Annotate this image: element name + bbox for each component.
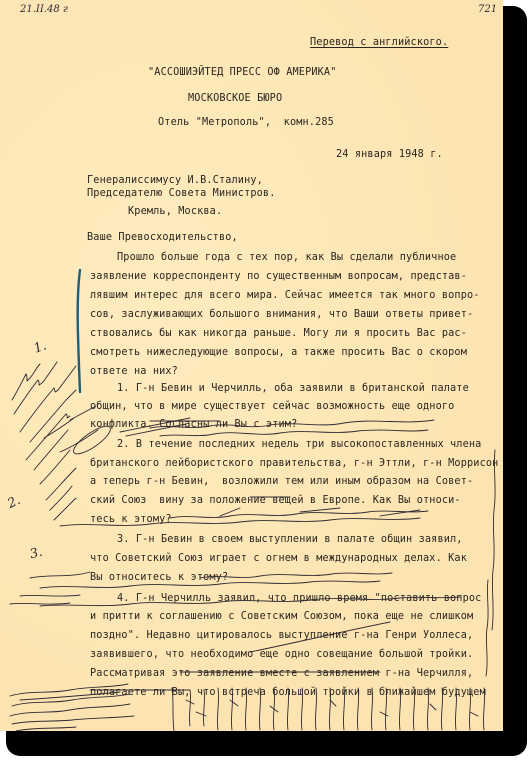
addressee-line-2: Председателю Совета Министров. (87, 189, 276, 199)
question-3-line: 3. Г-н Бевин в своем выступлении в палат… (117, 535, 463, 545)
intro-line: заявление корреспонденту по существенным… (90, 272, 467, 282)
address-line: Отель "Метрополь", комн.285 (158, 118, 334, 128)
intro-line: ответе на них? (90, 367, 178, 377)
margin-note-number: 3. (28, 545, 44, 563)
question-1-line: конфликта. Согласны ли Вы с этим? (90, 420, 297, 430)
blue-pencil-line (78, 270, 80, 392)
question-2-line: британского лейбористского правительства… (90, 459, 498, 469)
question-1-line: 1. Г-н Бевин и Черчилль, оба заявили в б… (117, 384, 469, 394)
intro-line: Прошло больше года с тех пор, как Вы сде… (117, 253, 456, 263)
margin-note-number: 1. (32, 338, 49, 356)
question-2-line: а теперь г-н Бевин, возложили тем или ин… (90, 477, 473, 487)
intro-line: ствовались бы как никогда раньше. Могу л… (90, 329, 467, 339)
question-3-line: что Советский Союз играет с огнем в межд… (90, 554, 467, 564)
question-4-line: Рассматривая это заявление вместе с заяв… (90, 669, 473, 679)
question-4-line: полагаете ли Вы, что встреча большой тро… (90, 688, 486, 698)
letter-date: 24 января 1948 г. (336, 150, 443, 160)
intro-line: лявшим интерес для всего мира. Сейчас им… (90, 291, 480, 301)
question-2-line: ский Союз вину за положение вещей в Евро… (90, 496, 461, 506)
intro-line: сов, заслуживающих большого внимания, чт… (90, 310, 473, 320)
salutation: Ваше Превосходительство, (87, 233, 238, 243)
question-2-line: 2. В течение последних недель три высоко… (117, 440, 481, 450)
translation-note: Перевод с английского. (310, 38, 448, 48)
handwritten-date: 21.II.48 г (20, 4, 68, 15)
intro-line: смотреть нижеследующие вопросы, а также … (90, 348, 467, 358)
question-3-line: Вы относитесь к этому? (90, 573, 228, 583)
page-number: 721 (478, 4, 497, 15)
question-4-line: поздно". Недавно цитировалось выступлени… (90, 631, 473, 641)
question-2-line: тесь к этому? (90, 515, 172, 525)
addressee-line-3: Кремль, Москва. (128, 207, 222, 217)
addressee-line-1: Генералиссимусу И.В.Сталину, (87, 176, 263, 186)
question-1-line: общин, что в мире существует сейчас возм… (90, 402, 454, 412)
bureau-name: МОСКОВСКОЕ БЮРО (188, 94, 282, 104)
question-4-line: заявившего, что необходимо еще одно сове… (90, 650, 473, 660)
margin-note-number: 2. (5, 493, 23, 512)
question-4-line: 4. Г-н Черчилль заявил, что пришло время… (117, 594, 481, 604)
organization-name: "АССОШИЭЙТЕД ПРЕСС ОФ АМЕРИКА" (148, 68, 337, 78)
document-page: 21.II.48 г 721 Перевод с английского. "А… (0, 0, 503, 731)
question-4-line: и притти к соглашению с Советским Союзом… (90, 612, 473, 622)
